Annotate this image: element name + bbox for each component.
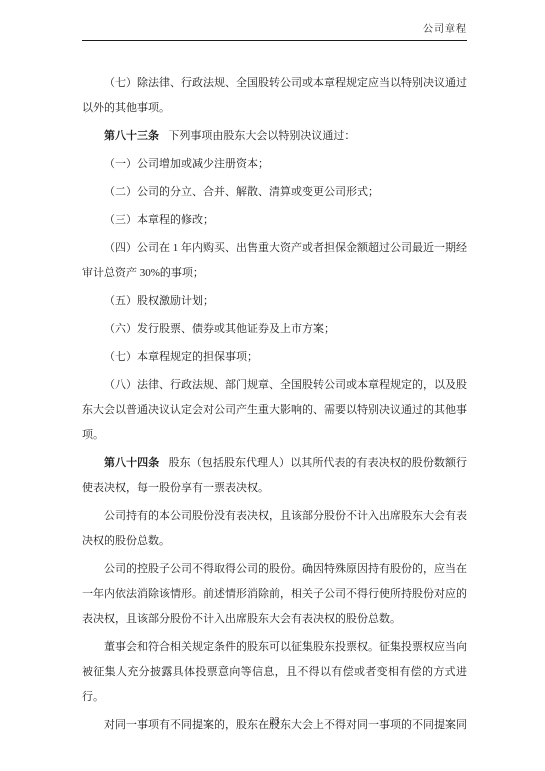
paragraph-text: （三）本章程的修改； — [104, 214, 214, 226]
page-number: 23 — [270, 716, 280, 727]
paragraph-text: （五）股权激励计划； — [104, 295, 214, 307]
header-title: 公司章程 — [423, 24, 467, 35]
paragraph-text: （八）法律、行政法规、部门规章、全国股转公司或本章程规定的，以及股东大会以普通决… — [82, 379, 467, 441]
paragraph-text: （四）公司在 1 年内购买、出售重大资产或者担保金额超过公司最近一期经审计总资产… — [82, 242, 467, 279]
paragraph-text: 下列事项由股东大会以特别决议通过： — [168, 130, 355, 142]
paragraph: （七）本章程规定的担保事项； — [82, 345, 467, 370]
paragraph: 公司的控股子公司不得取得公司的股份。确因特殊原因持有股份的，应当在一年内依法消除… — [82, 557, 467, 632]
paragraph: （四）公司在 1 年内购买、出售重大资产或者担保金额超过公司最近一期经审计总资产… — [82, 236, 467, 286]
article-number: 第八十三条 — [104, 130, 159, 142]
paragraph: （三）本章程的修改； — [82, 208, 467, 233]
paragraph: （六）发行股票、债券或其他证券及上市方案； — [82, 317, 467, 342]
paragraph: 第八十四条股东（包括股东代理人）以其所代表的有表决权的股份数额行使表决权，每一股… — [82, 451, 467, 501]
paragraph: 第八十三条下列事项由股东大会以特别决议通过： — [82, 124, 467, 149]
paragraph-text: 董事会和符合相关规定条件的股东可以征集股东投票权。征集投票权应当向被征集人充分披… — [82, 641, 467, 703]
paragraph-text: 公司持有的本公司股份没有表决权，且该部分股份不计入出席股东大会有表决权的股份总数… — [82, 510, 467, 547]
paragraph-text: 公司的控股子公司不得取得公司的股份。确因特殊原因持有股份的，应当在一年内依法消除… — [82, 563, 467, 625]
page-footer: 23 — [82, 712, 467, 732]
paragraph-text: （七）本章程规定的担保事项； — [104, 351, 258, 363]
document-body: （七）除法律、行政法规、全国股转公司或本章程规定应当以特别决议通过以外的其他事项… — [82, 71, 467, 738]
paragraph: （八）法律、行政法规、部门规章、全国股转公司或本章程规定的，以及股东大会以普通决… — [82, 373, 467, 448]
paragraph-text: （二）公司的分立、合并、解散、清算或变更公司形式； — [104, 186, 379, 198]
page-header: 公司章程 — [82, 24, 467, 41]
paragraph: 董事会和符合相关规定条件的股东可以征集股东投票权。征集投票权应当向被征集人充分披… — [82, 635, 467, 710]
paragraph: （二）公司的分立、合并、解散、清算或变更公司形式； — [82, 180, 467, 205]
paragraph: （五）股权激励计划； — [82, 289, 467, 314]
paragraph-text: （六）发行股票、债券或其他证券及上市方案； — [104, 323, 335, 335]
paragraph-text: （一）公司增加或减少注册资本； — [104, 158, 269, 170]
paragraph: （七）除法律、行政法规、全国股转公司或本章程规定应当以特别决议通过以外的其他事项… — [82, 71, 467, 121]
paragraph: （一）公司增加或减少注册资本； — [82, 152, 467, 177]
paragraph: 公司持有的本公司股份没有表决权，且该部分股份不计入出席股东大会有表决权的股份总数… — [82, 504, 467, 554]
paragraph-text: （七）除法律、行政法规、全国股转公司或本章程规定应当以特别决议通过以外的其他事项… — [82, 77, 467, 114]
article-number: 第八十四条 — [104, 457, 159, 469]
document-page: 公司章程 （七）除法律、行政法规、全国股转公司或本章程规定应当以特别决议通过以外… — [0, 0, 545, 771]
